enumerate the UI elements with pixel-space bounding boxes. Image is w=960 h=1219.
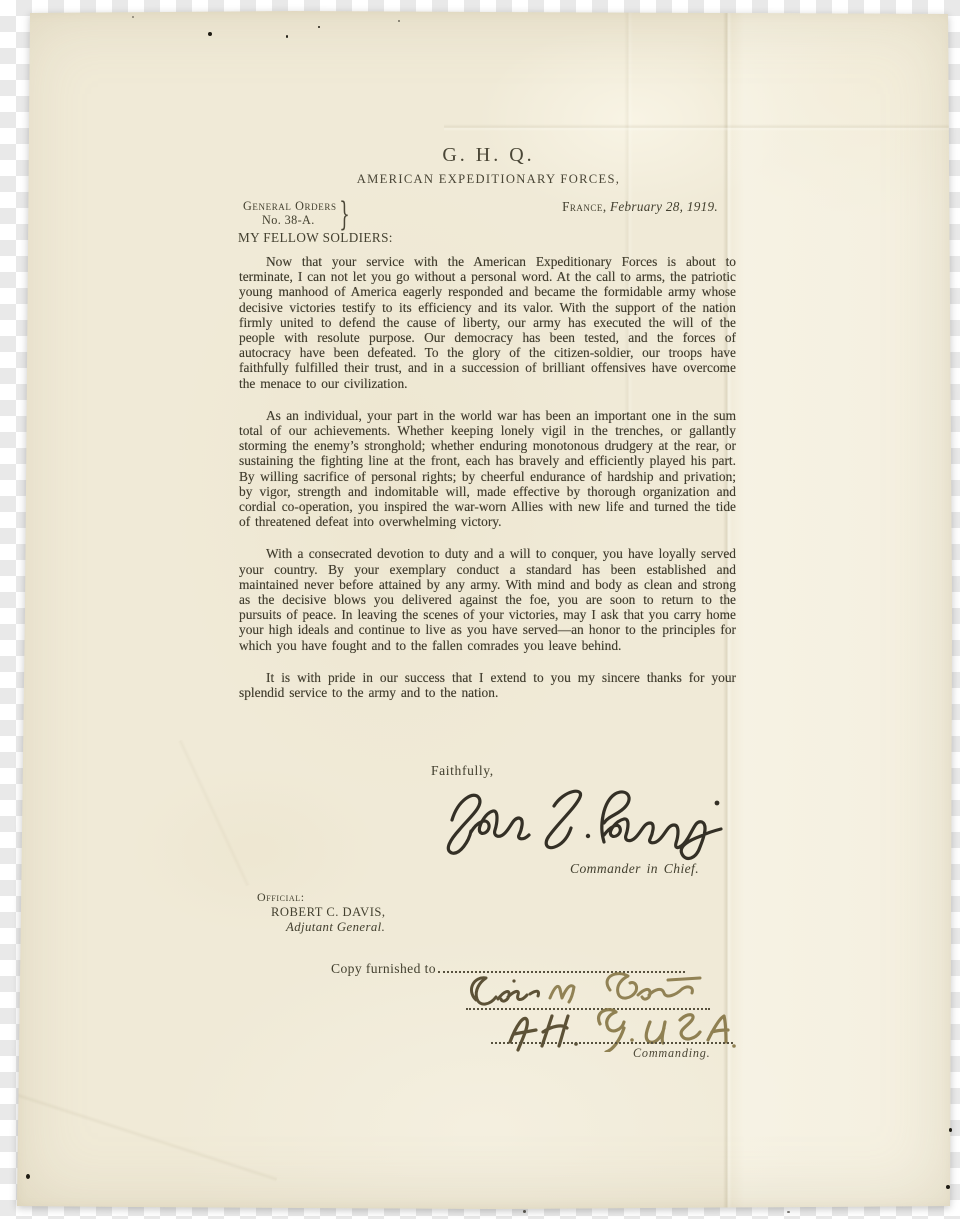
official-name: ROBERT C. DAVIS, — [271, 905, 386, 920]
paper-speck — [26, 1174, 30, 1179]
scanned-letter: G. H. Q. AMERICAN EXPEDITIONARY FORCES, … — [0, 0, 960, 1219]
place-date-line: France, February 28, 1919. — [240, 199, 718, 215]
pershing-signature — [438, 784, 724, 862]
place-label: France, — [562, 199, 607, 214]
paper-speck — [132, 16, 134, 18]
paragraph-3: With a consecrated devotion to duty and … — [239, 546, 736, 652]
paper-speck — [949, 1128, 952, 1132]
orders-number: No. 38-A. — [243, 213, 337, 227]
paragraph-1: Now that your service with the American … — [239, 254, 736, 391]
paragraph-2: As an individual, your part in the world… — [239, 408, 736, 530]
commander-title: Commander in Chief. — [570, 861, 699, 877]
paper-speck — [523, 1210, 526, 1213]
unit-handwriting — [482, 1002, 740, 1052]
letter-body: Now that your service with the American … — [239, 254, 736, 717]
letterhead-hq: G. H. Q. — [240, 144, 737, 167]
paper-speck — [787, 1211, 790, 1213]
paper-speck — [208, 32, 212, 36]
paper-speck — [318, 26, 320, 28]
salutation: MY FELLOW SOLDIERS: — [238, 230, 393, 246]
valediction: Faithfully, — [431, 763, 494, 779]
handwriting-rule-2 — [491, 1042, 733, 1044]
official-title: Adjutant General. — [286, 920, 385, 935]
paragraph-4: It is with pride in our success that I e… — [239, 670, 736, 700]
letterhead-org: AMERICAN EXPEDITIONARY FORCES, — [240, 172, 737, 187]
paper-speck — [398, 20, 400, 22]
official-label: Official: — [257, 890, 305, 905]
paper-speck — [286, 35, 288, 38]
date-label: February 28, 1919. — [610, 199, 718, 214]
paper-speck — [946, 1185, 950, 1189]
copy-furnished-label: Copy furnished to — [331, 961, 436, 976]
commanding-label: Commanding. — [633, 1046, 711, 1061]
